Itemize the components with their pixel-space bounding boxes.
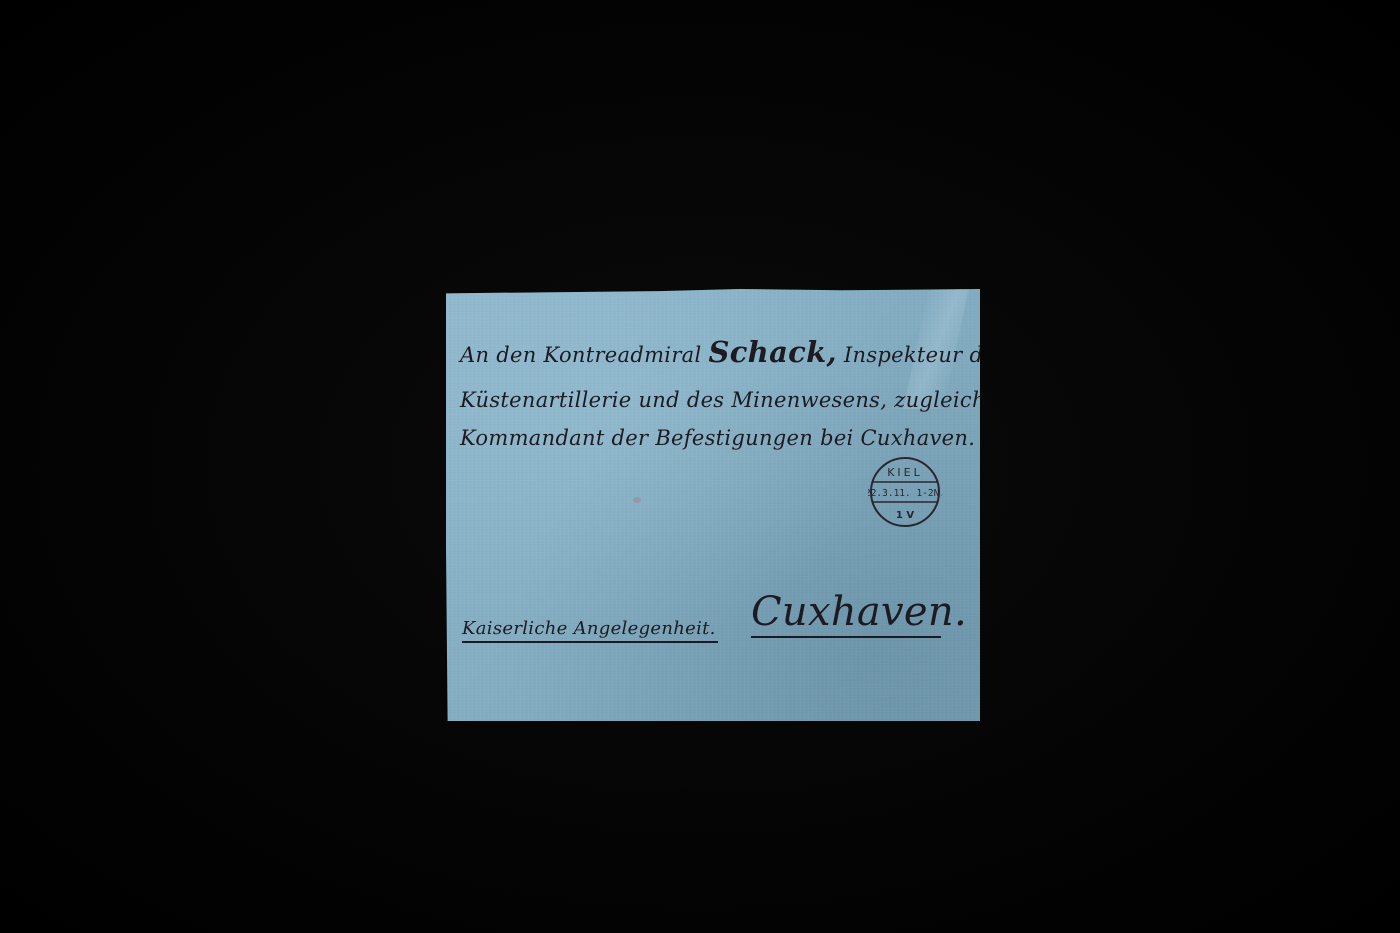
postmark-stamp: KIEL 22.3.11. 1-2N. 1 V — [868, 455, 942, 529]
address-line-1-prefix: An den Kontreadmiral — [460, 343, 708, 367]
destination-city: Cuxhaven. — [751, 589, 941, 638]
address-line-1: An den Kontreadmiral Schack, Inspekteur … — [460, 335, 1006, 369]
postmark-date: 22.3.11. 1-2N. — [868, 488, 942, 499]
recipient-name: Schack, — [708, 335, 836, 369]
address-line-2: Küstenartillerie und des Minenwesens, zu… — [460, 388, 986, 412]
envelope: An den Kontreadmiral Schack, Inspekteur … — [446, 289, 980, 721]
photo-background: An den Kontreadmiral Schack, Inspekteur … — [0, 0, 1400, 933]
paper-stain — [633, 497, 641, 503]
postmark-city: KIEL — [887, 466, 923, 479]
postmark-bottom: 1 V — [896, 510, 914, 521]
address-line-3: Kommandant der Befestigungen bei Cuxhave… — [460, 426, 975, 450]
sender-note: Kaiserliche Angelegenheit. — [462, 618, 718, 643]
address-line-1-suffix: Inspekteur der — [837, 343, 1006, 367]
